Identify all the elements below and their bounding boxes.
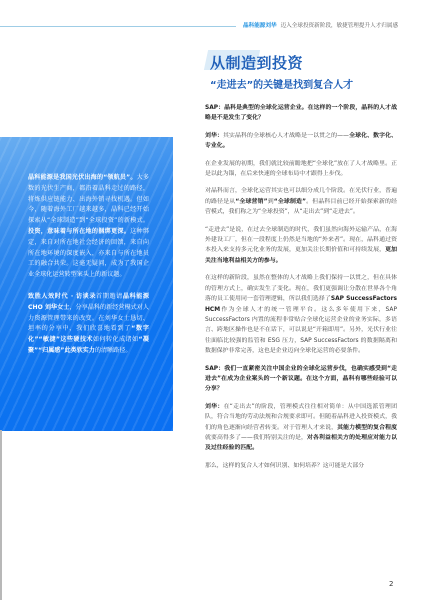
intro-text: 这种绑定，来自对所在地社会经济的回馈，来自向所在地环境的深度嵌入，亦来自与所在地… (28, 228, 149, 278)
intro-text: 的清晰路径。 (95, 347, 132, 354)
header-subtitle: 迈入全球投资新阶段，敏捷管理提升人才归属感 (281, 23, 398, 29)
answer-1: 刘华：其实晶科的全球核心人才战略是一以贯之的——全球化、数字化、专业化。 (205, 131, 397, 152)
intro-emphasis: 投资，意味着与所在地的捆绑更深。 (28, 228, 130, 235)
text: 作为全球人才的统一管理平台。这么多年使用下来，SAP SuccessFactor… (205, 307, 397, 355)
intro-paragraph-2: 致胜人效时代 · 访谈录首期邀请晶科能源 CHO 刘华女士，分享晶科的新经营模式… (28, 292, 149, 357)
answer-emphasis: 其能力模型的复合程度 (337, 425, 397, 431)
speaker-label: 刘华： (205, 133, 223, 139)
intro-text: 如何转化成诸如 (93, 336, 139, 343)
page-edge-line (0, 430, 2, 600)
title-sub: “走进去”的关键是找到复合人才 (210, 76, 353, 91)
article-title: 从制造到投资 “走进去”的关键是找到复合人才 (210, 52, 353, 91)
question-2: SAP：我们一直紧密关注中国企业的全球化运营步伐，也确实感受到“走进去”在成为企… (205, 364, 397, 395)
emphasis: “全球营销” (235, 199, 267, 205)
paragraph: 那么，这样的复合人才如何识别、如何培养？这可能是大部分 (205, 461, 397, 471)
paragraph: “走进去”是说，在过去全球制造的时代，我们虽然向海外运输产品，在海外建设工厂，但… (205, 225, 397, 267)
paragraph: 在企业发展的初期，我们就比较前瞻地把“全球化”放在了人才战略里。正是以此为锚，在… (205, 159, 397, 180)
article-body: SAP：晶科是典型的全球化运营企业。在这样的一个阶段，晶科的人才战略是不是发生了… (205, 103, 397, 478)
running-header: 晶科能源刘华迈入全球投资新阶段，敏捷管理提升人才归属感 (243, 21, 398, 29)
intro-text: 大多数的光伏生产商，都沿着晶科走过的路径，将炼供应链能力、出海外销寻找机遇。但如… (28, 174, 149, 224)
paragraph: 对晶科而言，全球化运营其实也可以细分成几个阶段。在光伏行业，普遍的路径是从“全球… (205, 186, 397, 217)
speaker-label: 刘华： (205, 404, 224, 410)
intro-lead: 晶科能源是我国光伏出海的“领航员”。 (28, 174, 137, 181)
answer-text: 就要高得多了——我们特别关注的是， (205, 435, 307, 441)
paragraph: 在这样的新阶段，虽然在整体的人才战略上我们保持一以贯之，但在具体的管理方式上，确… (205, 273, 397, 356)
page-number: 2 (389, 580, 393, 588)
header-brand: 晶科能源刘华 (243, 23, 277, 29)
intro-panel: 晶科能源是我国光伏出海的“领航员”。大多数的光伏生产商，都沿着晶科走过的路径，将… (0, 137, 173, 431)
text: “走进去”是说，在过去全球制造的时代，我们虽然向海外运输产品，在海外建设工厂，但… (205, 227, 397, 254)
question-1: SAP：晶科是典型的全球化运营企业。在这样的一个阶段，晶科的人才战略是不是发生了… (205, 103, 397, 124)
emphasis: “全球制造” (274, 199, 306, 205)
series-title: 致胜人效时代 · 访谈录 (28, 293, 96, 300)
answer-2: 刘华：在“走出去”的阶段，管理模式往往相对简单：从中国选派管理团队，符合当地的劳… (205, 402, 397, 454)
header-rule (0, 26, 236, 27)
intro-text: 首期邀请 (96, 293, 123, 300)
intro-paragraph-1: 晶科能源是我国光伏出海的“领航员”。大多数的光伏生产商，都沿着晶科走过的路径，将… (28, 173, 149, 281)
answer-text: 其实晶科的全球核心人才战略是一以贯之的—— (223, 133, 349, 139)
title-main: 从制造到投资 (210, 52, 353, 73)
